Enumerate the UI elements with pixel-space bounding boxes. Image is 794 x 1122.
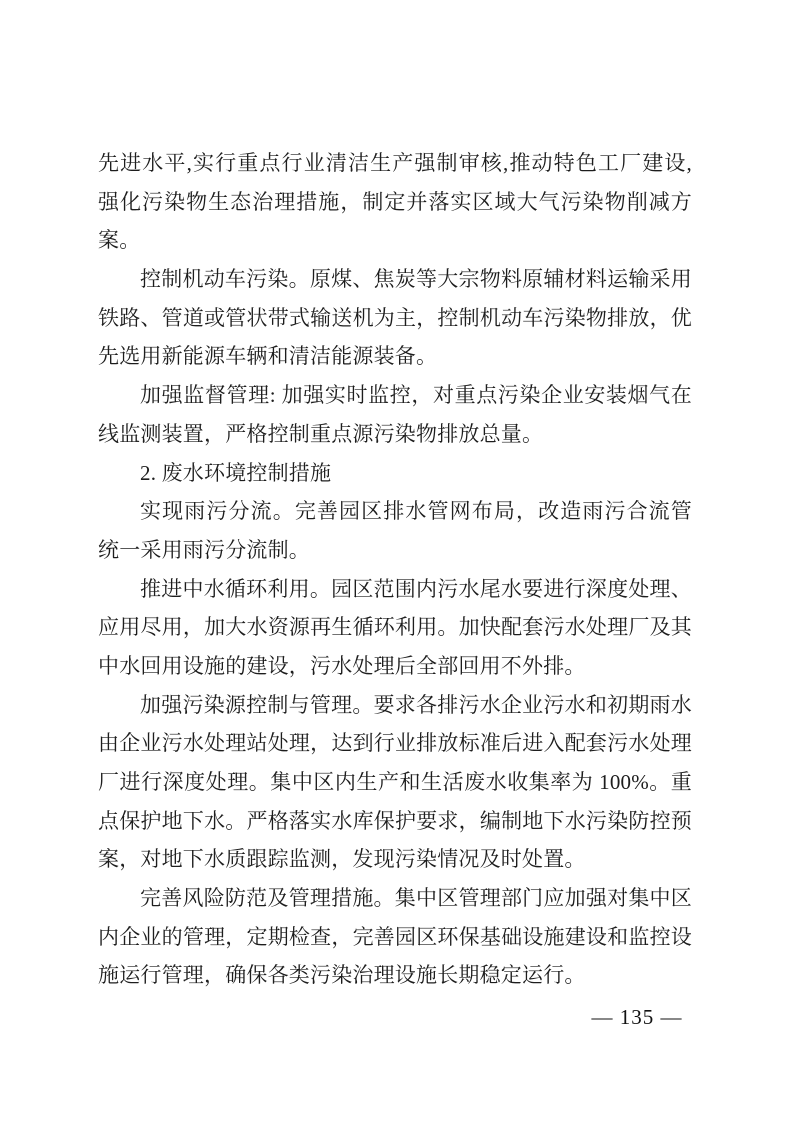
paragraph-heading: 2. 废水环境控制措施 [98,454,692,493]
paragraph: 加强监督管理: 加强实时监控，对重点污染企业安装烟气在 线监测装置，严格控制重点… [98,376,692,453]
text-line: 内企业的管理，定期检查，完善园区环保基础设施建设和监控设 [98,918,692,957]
text-line: 实现雨污分流。完善园区排水管网布局，改造雨污合流管线， [98,492,692,531]
paragraph: 实现雨污分流。完善园区排水管网布局，改造雨污合流管线， 统一采用雨污分流制。 [98,492,692,569]
paragraph: 控制机动车污染。原煤、焦炭等大宗物料原辅材料运输采用 铁路、管道或管状带式输送机… [98,260,692,376]
text-line: 先选用新能源车辆和清洁能源装备。 [98,337,692,376]
paragraph: 加强污染源控制与管理。要求各排污水企业污水和初期雨水 由企业污水处理站处理，达到… [98,686,692,879]
text-line: 中水回用设施的建设，污水处理后全部回用不外排。 [98,647,692,686]
text-content: 先进水平,实行重点行业清洁生产强制审核,推动特色工厂建设, 强化污染物生态治理措… [98,144,692,995]
paragraph: 完善风险防范及管理措施。集中区管理部门应加强对集中区 内企业的管理，定期检查，完… [98,879,692,995]
text-line: 施运行管理，确保各类污染治理设施长期稳定运行。 [98,956,692,995]
text-line: 案。 [98,221,692,260]
text-line: 铁路、管道或管状带式输送机为主，控制机动车污染物排放，优 [98,299,692,338]
text-line: 点保护地下水。严格落实水库保护要求，编制地下水污染防控预 [98,802,692,841]
text-line: 案，对地下水质跟踪监测，发现污染情况及时处置。 [98,840,692,879]
text-line: 先进水平,实行重点行业清洁生产强制审核,推动特色工厂建设, [98,144,692,183]
paragraph: 先进水平,实行重点行业清洁生产强制审核,推动特色工厂建设, 强化污染物生态治理措… [98,144,692,260]
text-line: 完善风险防范及管理措施。集中区管理部门应加强对集中区 [98,879,692,918]
text-line: 应用尽用，加大水资源再生循环利用。加快配套污水处理厂及其 [98,608,692,647]
text-line: 加强监督管理: 加强实时监控，对重点污染企业安装烟气在 [98,376,692,415]
text-line: 强化污染物生态治理措施，制定并落实区域大气污染物削减方 [98,183,692,222]
text-line: 由企业污水处理站处理，达到行业排放标准后进入配套污水处理 [98,724,692,763]
section-heading: 2. 废水环境控制措施 [98,454,692,493]
text-line: 加强污染源控制与管理。要求各排污水企业污水和初期雨水 [98,686,692,725]
page-number: — 135 — [580,1002,694,1032]
paragraph: 推进中水循环利用。园区范围内污水尾水要进行深度处理、 应用尽用，加大水资源再生循… [98,570,692,686]
text-line: 厂进行深度处理。集中区内生产和生活废水收集率为 100%。重 [98,763,692,802]
text-line: 控制机动车污染。原煤、焦炭等大宗物料原辅材料运输采用 [98,260,692,299]
text-line: 推进中水循环利用。园区范围内污水尾水要进行深度处理、 [98,570,692,609]
document-page: 先进水平,实行重点行业清洁生产强制审核,推动特色工厂建设, 强化污染物生态治理措… [0,0,794,1122]
text-line: 线监测装置，严格控制重点源污染物排放总量。 [98,415,692,454]
text-line: 统一采用雨污分流制。 [98,531,692,570]
